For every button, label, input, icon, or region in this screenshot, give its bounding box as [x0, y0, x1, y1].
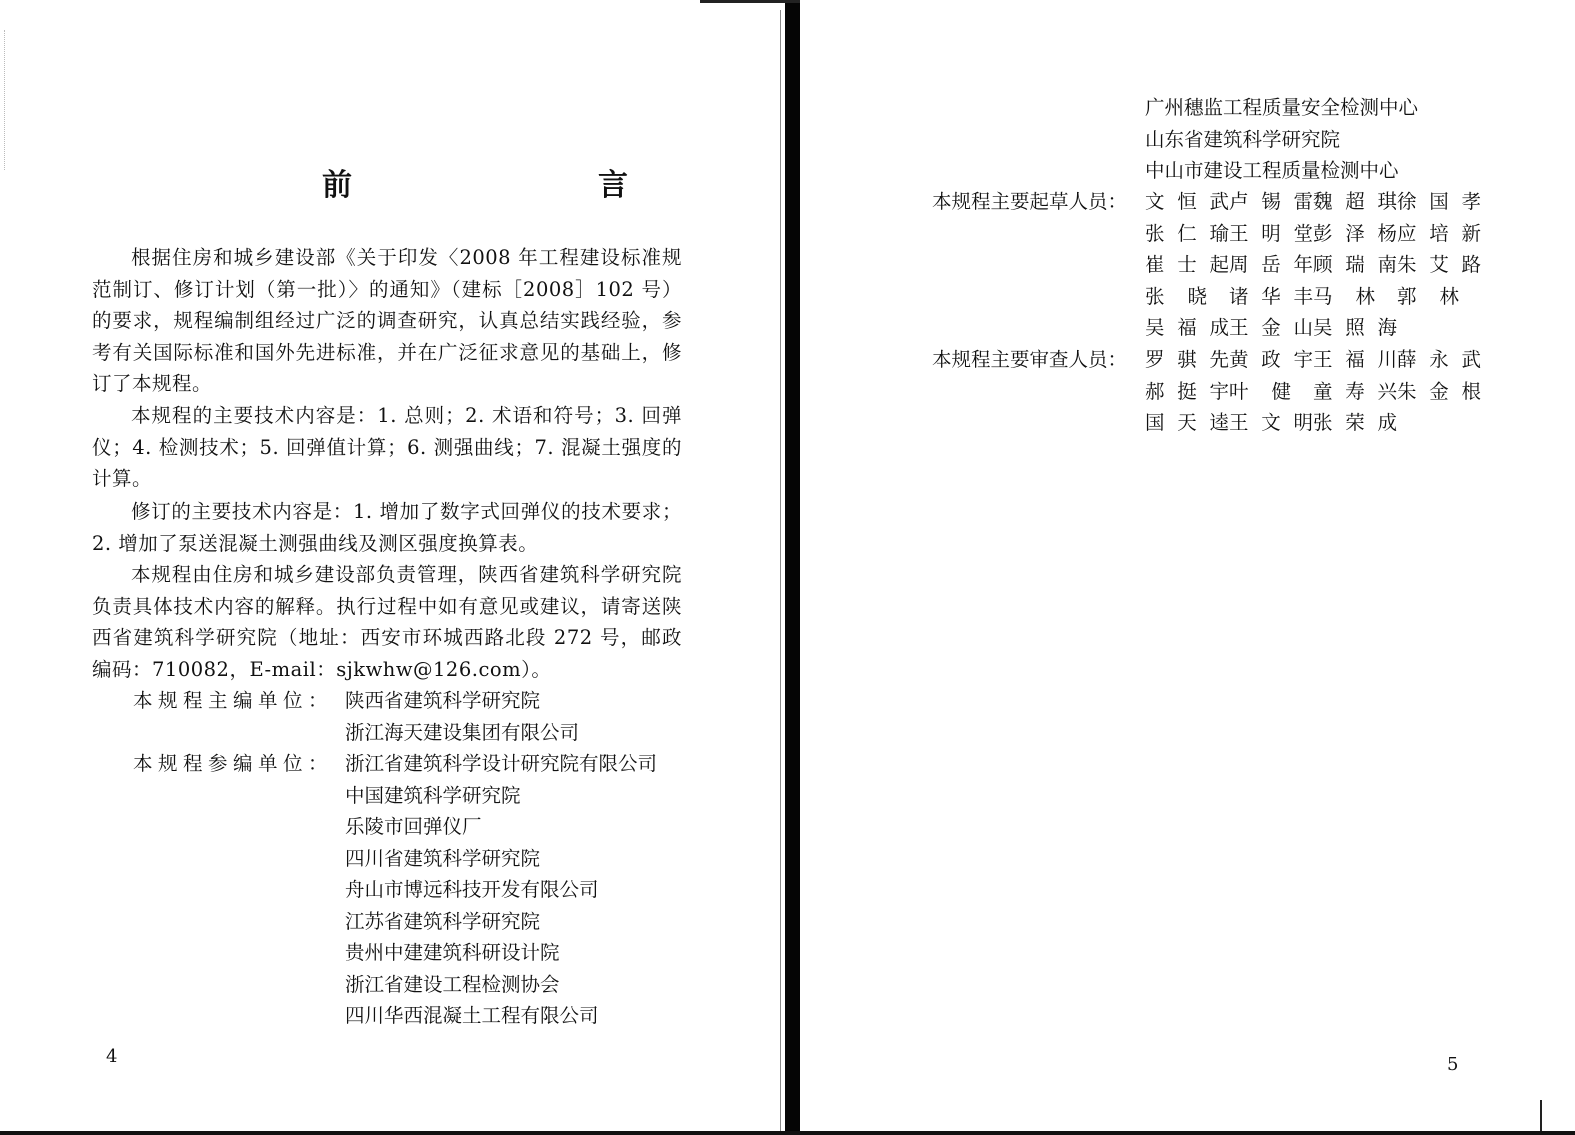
name-row: 崔士起 周岳年 顾瑞南 朱艾路 [1145, 249, 1481, 281]
person-name: 诸华丰 [1229, 281, 1313, 313]
participating-label: 本规程参编单位： [133, 748, 345, 780]
person-name: 王明堂 [1229, 218, 1313, 250]
unit-item: 舟山市博远科技开发有限公司 [345, 874, 657, 906]
unit-item: 四川省建筑科学研究院 [345, 843, 657, 875]
person-name: 王文明 [1229, 407, 1313, 439]
person-name: 文恒武 [1145, 186, 1229, 218]
name-row: 罗骐先 黄政宇 王福川 薛永武 [1145, 344, 1481, 376]
person-name: 王金山 [1229, 312, 1313, 344]
unit-item: 陕西省建筑科学研究院 [345, 685, 579, 717]
unit-item: 中国建筑科学研究院 [345, 780, 657, 812]
scan-bottom-edge [0, 1131, 1575, 1135]
name-row: 国天逵 王文明 张荣成 [1145, 407, 1481, 439]
participating-list: 浙江省建筑科学设计研究院有限公司 中国建筑科学研究院 乐陵市回弹仪厂 四川省建筑… [345, 748, 657, 1032]
unit-item: 浙江海天建设集团有限公司 [345, 717, 579, 749]
unit-item: 山东省建筑科学研究院 [1145, 124, 1418, 156]
person-name: 彭泽杨 [1313, 218, 1397, 250]
person-name: 吴照海 [1313, 312, 1397, 344]
person-name: 叶健 [1229, 376, 1291, 408]
chief-editor-units: 本规程主编单位： 陕西省建筑科学研究院 浙江海天建设集团有限公司 [133, 685, 579, 748]
person-name [1397, 407, 1481, 439]
unit-item: 贵州中建建筑科研设计院 [345, 937, 657, 969]
paragraph-revisions: 修订的主要技术内容是：1. 增加了数字式回弹仪的技术要求；2. 增加了泵送混凝土… [92, 496, 682, 559]
person-name: 崔士起 [1145, 249, 1229, 281]
page-title: 前 言 [322, 160, 462, 204]
participating-units: 本规程参编单位： 浙江省建筑科学设计研究院有限公司 中国建筑科学研究院 乐陵市回… [133, 748, 657, 1032]
person-name: 郭林 [1397, 281, 1459, 313]
person-name: 国天逵 [1145, 407, 1229, 439]
participating-units-continued: 广州穗监工程质量安全检测中心 山东省建筑科学研究院 中山市建设工程质量检测中心 [1145, 92, 1418, 187]
person-name: 薛永武 [1397, 344, 1481, 376]
gutter-line [780, 10, 781, 1135]
unit-item: 浙江省建设工程检测协会 [345, 969, 657, 1001]
unit-item: 乐陵市回弹仪厂 [345, 811, 657, 843]
person-name: 郝挺宇 [1145, 376, 1229, 408]
person-name: 张仁瑜 [1145, 218, 1229, 250]
drafters-grid: 文恒武 卢锡雷 魏超琪 徐国孝 张仁瑜 王明堂 彭泽杨 应培新 崔士起 周岳年 … [1145, 186, 1481, 344]
page-edge-right [1540, 1100, 1542, 1132]
person-name: 周岳年 [1229, 249, 1313, 281]
page-edge-marks [4, 30, 7, 170]
unit-item: 江苏省建筑科学研究院 [345, 906, 657, 938]
person-name: 张晓 [1145, 281, 1207, 313]
person-name: 罗骐先 [1145, 344, 1229, 376]
person-name: 卢锡雷 [1229, 186, 1313, 218]
person-name: 朱金根 [1397, 376, 1481, 408]
chief-editor-label: 本规程主编单位： [133, 685, 345, 717]
paragraph-management-contact: 本规程由住房和城乡建设部负责管理，陕西省建筑科学研究院负责具体技术内容的解释。执… [92, 559, 682, 685]
book-spine-shadow [785, 0, 800, 1135]
person-name: 吴福成 [1145, 312, 1229, 344]
chief-editor-list: 陕西省建筑科学研究院 浙江海天建设集团有限公司 [345, 685, 579, 748]
unit-item: 浙江省建筑科学设计研究院有限公司 [345, 748, 657, 780]
paragraph-main-content: 本规程的主要技术内容是：1. 总则；2. 术语和符号；3. 回弹仪；4. 检测技… [92, 400, 682, 495]
person-name: 马林 [1313, 281, 1375, 313]
reviewers-section: 本规程主要审查人员： 罗骐先 黄政宇 王福川 薛永武 郝挺宇 叶健 童寿兴 朱金… [932, 344, 1481, 439]
name-row: 文恒武 卢锡雷 魏超琪 徐国孝 [1145, 186, 1481, 218]
unit-item: 广州穗监工程质量安全检测中心 [1145, 92, 1418, 124]
name-row: 吴福成 王金山 吴照海 [1145, 312, 1481, 344]
unit-item: 中山市建设工程质量检测中心 [1145, 155, 1418, 187]
paragraph-background: 根据住房和城乡建设部《关于印发〈2008 年工程建设标准规范制订、修订计划（第一… [92, 242, 682, 400]
unit-item: 四川华西混凝土工程有限公司 [345, 1000, 657, 1032]
reviewers-label: 本规程主要审查人员： [932, 344, 1145, 376]
drafters-section: 本规程主要起草人员： 文恒武 卢锡雷 魏超琪 徐国孝 张仁瑜 王明堂 彭泽杨 应… [932, 186, 1481, 344]
page-number-left: 4 [106, 1046, 117, 1067]
page-number-right: 5 [1447, 1054, 1458, 1075]
name-row: 张仁瑜 王明堂 彭泽杨 应培新 [1145, 218, 1481, 250]
person-name: 朱艾路 [1397, 249, 1481, 281]
reviewers-grid: 罗骐先 黄政宇 王福川 薛永武 郝挺宇 叶健 童寿兴 朱金根 国天逵 王文明 张… [1145, 344, 1481, 439]
person-name: 徐国孝 [1397, 186, 1481, 218]
person-name: 张荣成 [1313, 407, 1397, 439]
person-name [1397, 312, 1481, 344]
name-row: 郝挺宇 叶健 童寿兴 朱金根 [1145, 376, 1481, 408]
person-name: 黄政宇 [1229, 344, 1313, 376]
name-row: 张晓 诸华丰 马林 郭林 [1145, 281, 1481, 313]
drafters-label: 本规程主要起草人员： [932, 186, 1145, 218]
left-page: 前 言 根据住房和城乡建设部《关于印发〈2008 年工程建设标准规范制订、修订计… [0, 0, 785, 1135]
person-name: 应培新 [1397, 218, 1481, 250]
person-name: 顾瑞南 [1313, 249, 1397, 281]
person-name: 王福川 [1313, 344, 1397, 376]
person-name: 魏超琪 [1313, 186, 1397, 218]
person-name: 童寿兴 [1313, 376, 1397, 408]
